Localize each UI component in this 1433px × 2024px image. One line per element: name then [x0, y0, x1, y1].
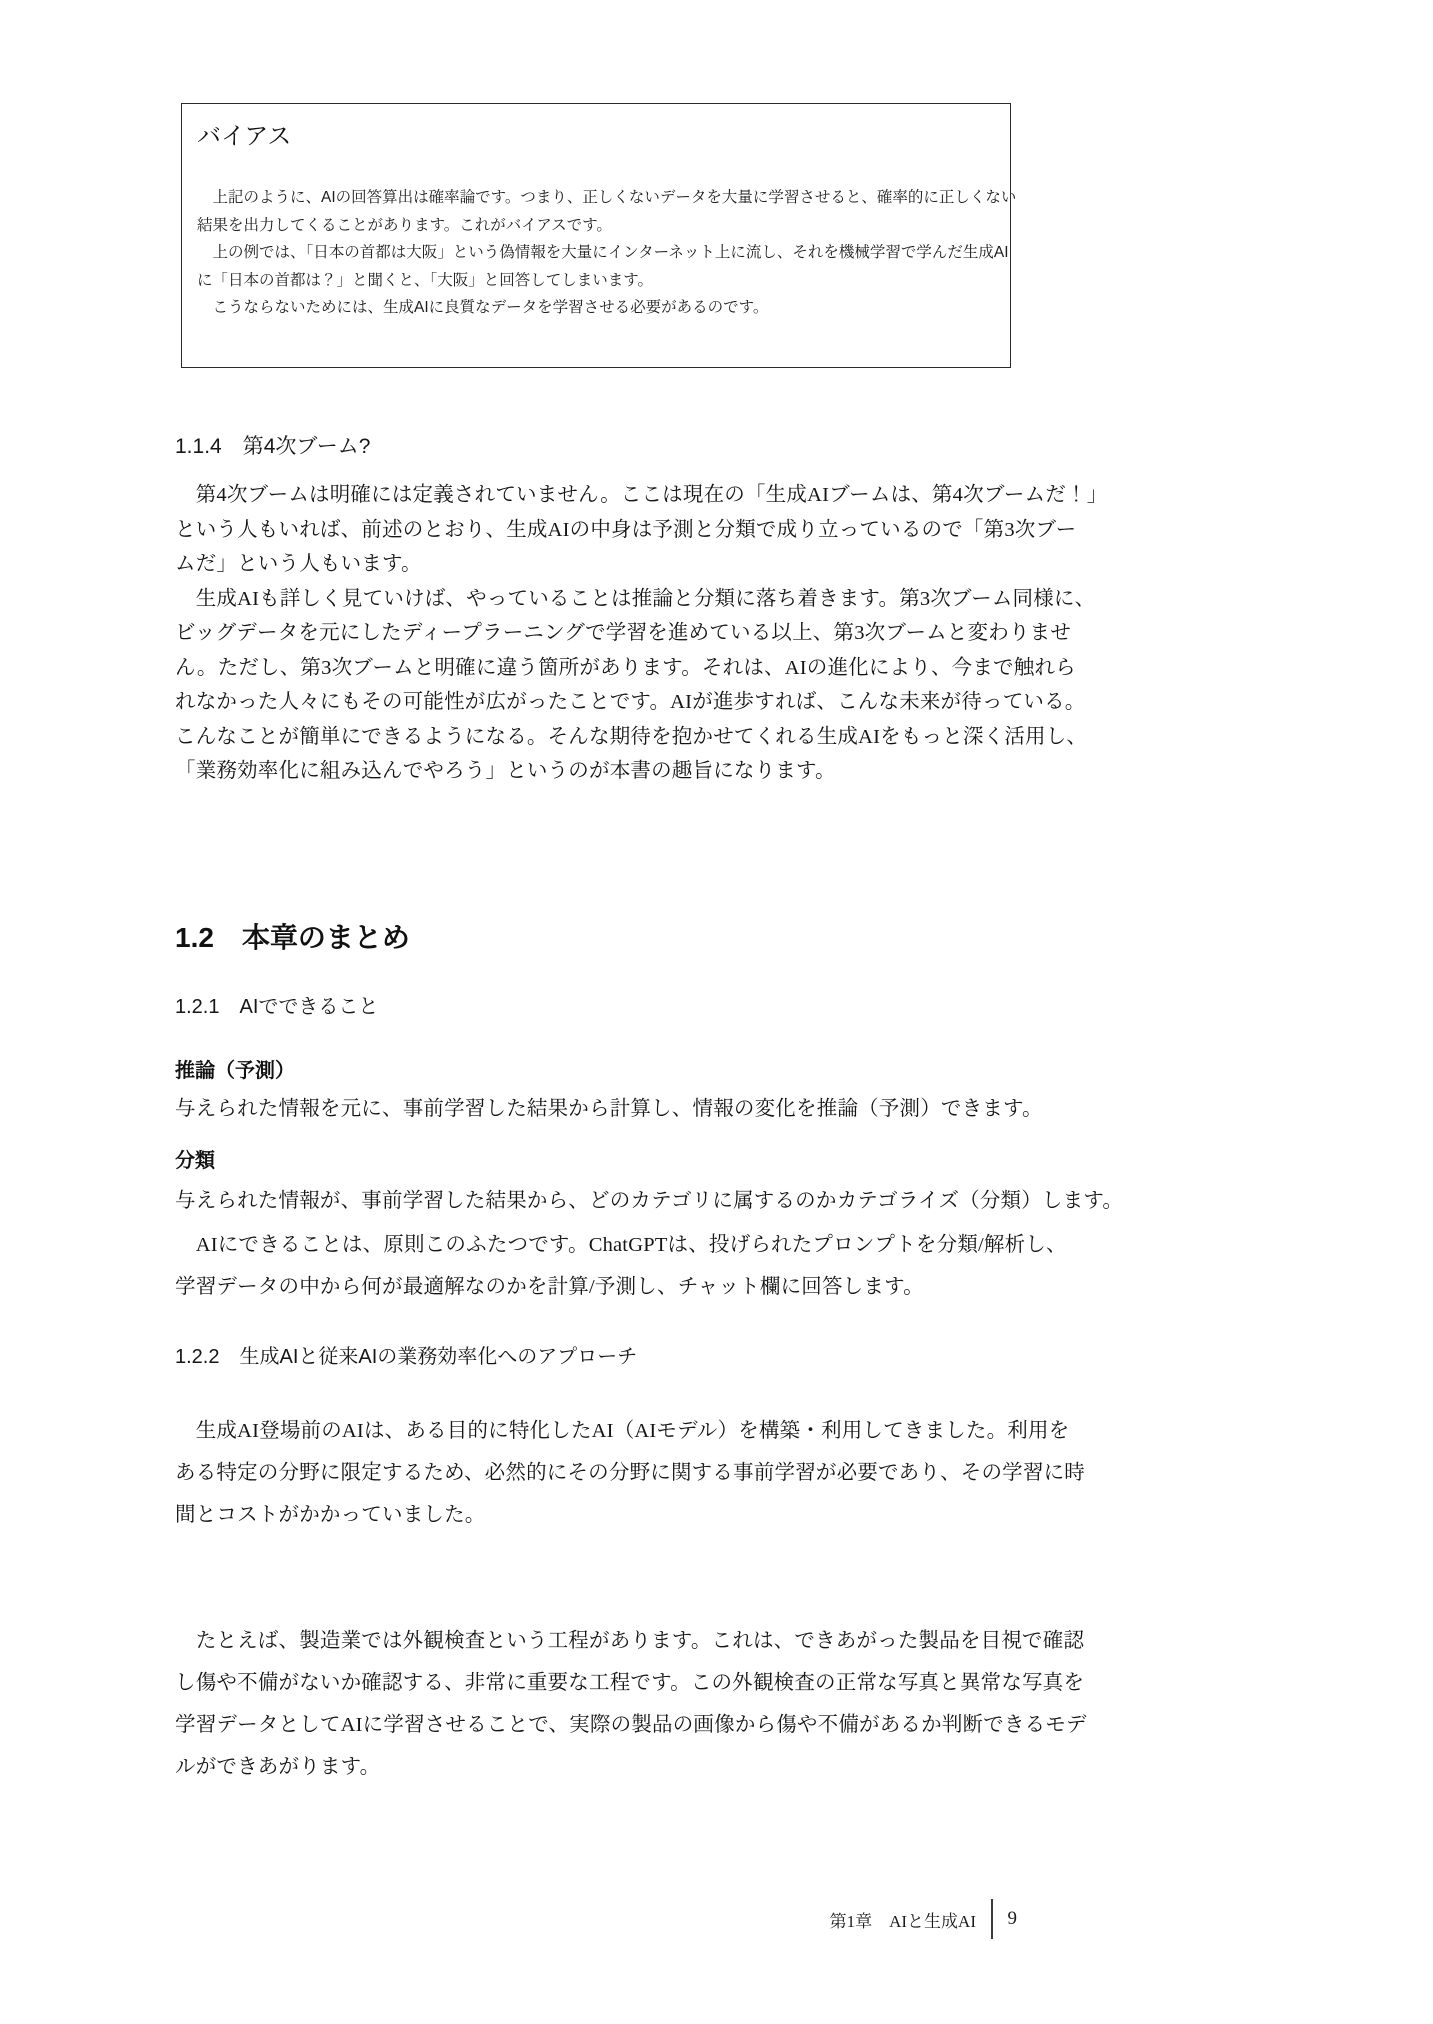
footer-chapter-title: 第1章 AIと生成AI — [830, 1907, 976, 1932]
bias-callout-box: バイアス 上記のように、AIの回答算出は確率論です。つまり、正しくないデータを大… — [181, 103, 1011, 368]
inference-label: 推論（予測） — [175, 1054, 295, 1083]
ai-capabilities-summary: AIにできることは、原則このふたつです。ChatGPTは、投げられたプロンプトを… — [175, 1224, 1075, 1308]
footer-divider — [991, 1899, 993, 1939]
footer-page-number: 9 — [1008, 1908, 1018, 1930]
paragraph-114: 第4次ブームは明確には定義されていません。ここは現在の「生成AIブームは、第4次… — [175, 478, 1075, 789]
section-heading-122: 1.2.2 生成AIと従来AIの業務効率化へのアプローチ — [175, 1340, 637, 1369]
paragraph-122-example: たとえば、製造業では外観検査という工程があります。これは、できあがった製品を目視… — [175, 1620, 1075, 1788]
section-heading-12: 1.2 本章のまとめ — [175, 916, 410, 956]
page-footer: 第1章 AIと生成AI 9 — [830, 1898, 1017, 1940]
section-heading-121: 1.2.1 AIでできること — [175, 990, 378, 1019]
classification-label: 分類 — [175, 1144, 215, 1173]
paragraph-122-intro: 生成AI登場前のAIは、ある目的に特化したAI（AIモデル）を構築・利用してきま… — [175, 1410, 1075, 1536]
bias-box-title: バイアス — [197, 122, 995, 152]
inference-text: 与えられた情報を元に、事前学習した結果から計算し、情報の変化を推論（予測）できま… — [175, 1092, 1075, 1127]
section-heading-114: 1.1.4 第4次ブーム? — [175, 430, 370, 460]
book-page: バイアス 上記のように、AIの回答算出は確率論です。つまり、正しくないデータを大… — [0, 0, 1433, 2024]
bias-box-body: 上記のように、AIの回答算出は確率論です。つまり、正しくないデータを大量に学習さ… — [197, 184, 995, 322]
classification-text: 与えられた情報が、事前学習した結果から、どのカテゴリに属するのかカテゴライズ（分… — [175, 1184, 1075, 1219]
